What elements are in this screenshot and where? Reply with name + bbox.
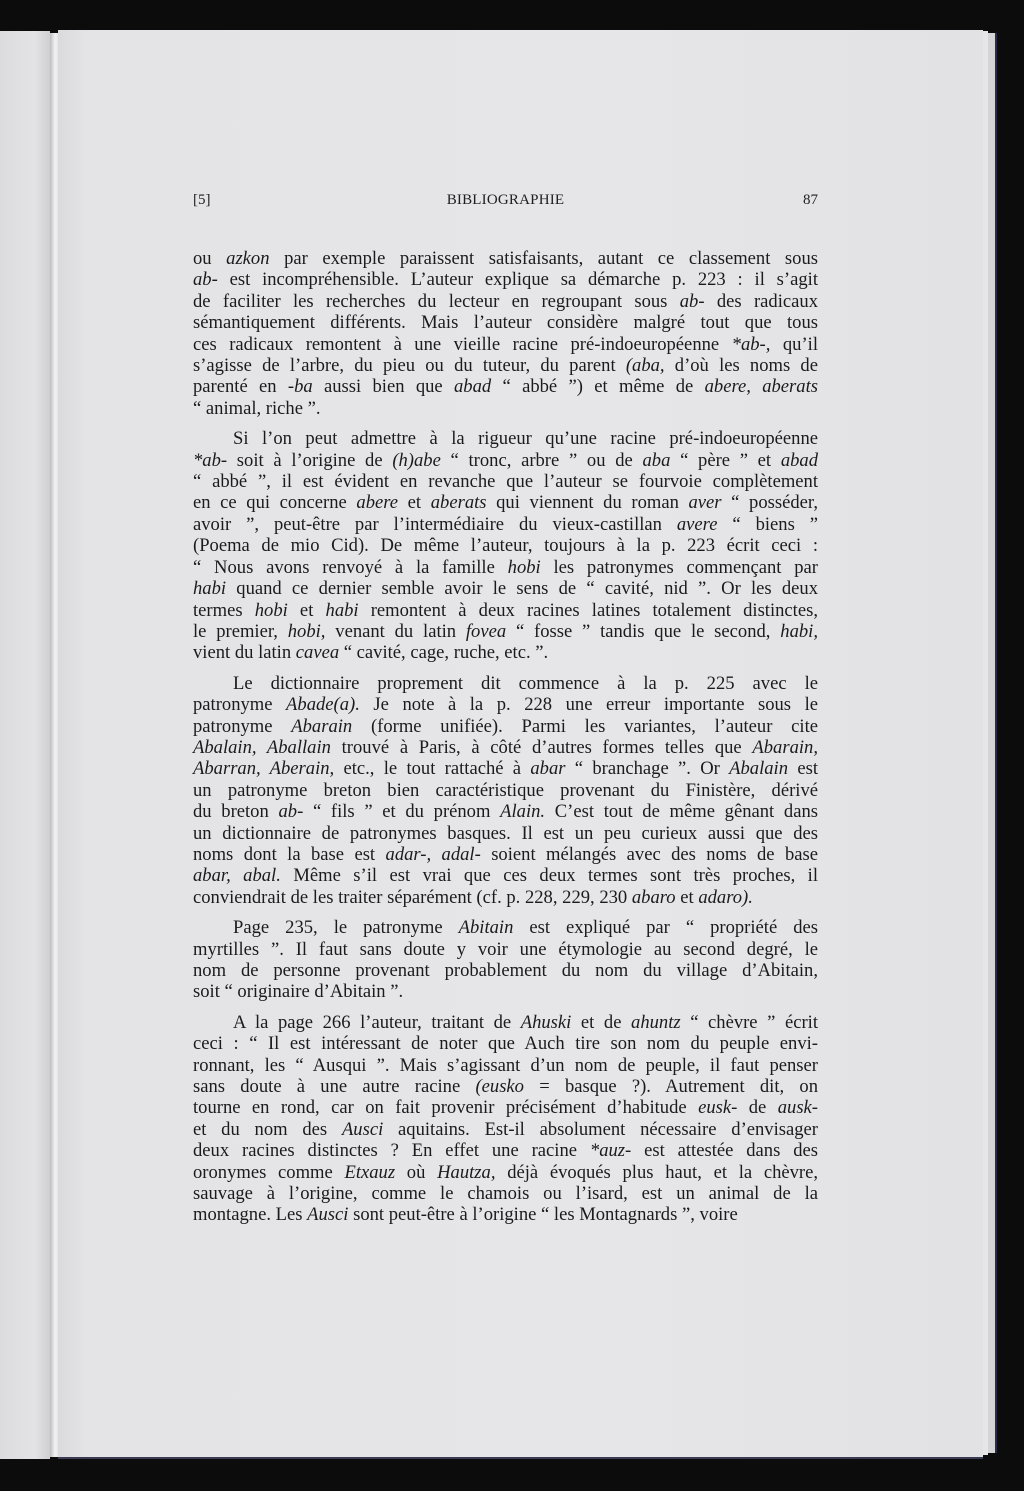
text-line: tourne en rond, car on fait provenir pré… xyxy=(193,1097,818,1118)
text-line: du breton ab- “ fils ” et du prénom Alai… xyxy=(193,801,818,822)
text-line: Abalain, Aballain trouvé à Paris, à côté… xyxy=(193,737,818,758)
text-line: patronyme Abade(a). Je note à la p. 228 … xyxy=(193,694,818,715)
left-page-edge xyxy=(0,31,50,1459)
text-line: avoir ”, peut-être par l’intermédiaire d… xyxy=(193,514,818,535)
text-line: “ abbé ”, il est évident en revanche que… xyxy=(193,471,818,492)
text-line: (Poema de mio Cid). De même l’auteur, to… xyxy=(193,535,818,556)
text-line: termes hobi et habi remontent à deux rac… xyxy=(193,600,818,621)
text-line: et du nom des Ausci aquitains. Est-il ab… xyxy=(193,1119,818,1140)
text-line: en ce qui concerne abere et aberats qui … xyxy=(193,492,818,513)
paragraph: A la page 266 l’auteur, traitant de Ahus… xyxy=(193,1012,818,1226)
text-line: montagne. Les Ausci sont peut-être à l’o… xyxy=(193,1204,818,1225)
paragraph: Page 235, le patronyme Abitain est expli… xyxy=(193,917,818,1003)
text-line: nom de personne provenant probablement d… xyxy=(193,960,818,981)
text-line: deux racines distinctes ? En effet une r… xyxy=(193,1140,818,1161)
body-text: ou azkon par exemple paraissent satisfai… xyxy=(193,248,818,1226)
text-line: le premier, hobi, venant du latin fovea … xyxy=(193,621,818,642)
paragraph: Le dictionnaire proprement dit commence … xyxy=(193,673,818,908)
text-line: de faciliter les recherches du lecteur e… xyxy=(193,291,818,312)
text-line: ceci : “ Il est intéressant de noter que… xyxy=(193,1033,818,1054)
text-line: A la page 266 l’auteur, traitant de Ahus… xyxy=(193,1012,818,1033)
text-line: habi quand ce dernier semble avoir le se… xyxy=(193,578,818,599)
text-line: “ animal, riche ”. xyxy=(193,398,818,419)
text-line: ces radicaux remontent à une vieille rac… xyxy=(193,334,818,355)
text-line: ab- est incompréhensible. L’auteur expli… xyxy=(193,269,818,290)
paragraph: Si l’on peut admettre à la rigueur qu’un… xyxy=(193,428,818,663)
text-line: abar, abal. Même s’il est vrai que ces d… xyxy=(193,865,818,886)
text-line: s’agisse de l’arbre, du pieu ou du tuteu… xyxy=(193,355,818,376)
text-line: sans doute à une autre racine (eusko = b… xyxy=(193,1076,818,1097)
text-line: myrtilles ”. Il faut sans doute y voir u… xyxy=(193,939,818,960)
text-line: patronyme Abarain (forme unifiée). Parmi… xyxy=(193,716,818,737)
running-title: BIBLIOGRAPHIE xyxy=(193,192,818,209)
text-line: un dictionnaire de patronymes basques. I… xyxy=(193,823,818,844)
text-line: “ Nous avons renvoyé à la famille hobi l… xyxy=(193,557,818,578)
text-line: parenté en -ba aussi bien que abad “ abb… xyxy=(193,376,818,397)
text-line: vient du latin cavea “ cavité, cage, ruc… xyxy=(193,642,818,663)
text-line: Page 235, le patronyme Abitain est expli… xyxy=(193,917,818,938)
text-line: noms dont la base est adar-, adal- soien… xyxy=(193,844,818,865)
running-header: [5] BIBLIOGRAPHIE 87 xyxy=(193,192,818,212)
text-line: sauvage à l’origine, comme le chamois ou… xyxy=(193,1183,818,1204)
text-line: soit “ originaire d’Abitain ”. xyxy=(193,981,818,1002)
text-line: ronnant, les “ Ausqui ”. Mais s’agissant… xyxy=(193,1055,818,1076)
text-line: ou azkon par exemple paraissent satisfai… xyxy=(193,248,818,269)
text-line: Le dictionnaire proprement dit commence … xyxy=(193,673,818,694)
text-line: Si l’on peut admettre à la rigueur qu’un… xyxy=(193,428,818,449)
text-line: un patronyme breton bien caractéristique… xyxy=(193,780,818,801)
paragraph: ou azkon par exemple paraissent satisfai… xyxy=(193,248,818,419)
text-line: sémantiquement différents. Mais l’auteur… xyxy=(193,312,818,333)
text-line: *ab- soit à l’origine de (h)abe “ tronc,… xyxy=(193,450,818,471)
text-line: oronymes comme Etxauz où Hautza, déjà év… xyxy=(193,1162,818,1183)
text-line: conviendrait de les traiter séparément (… xyxy=(193,887,818,908)
text-line: Abarran, Aberain, etc., le tout rattaché… xyxy=(193,758,818,779)
page-number: 87 xyxy=(803,192,818,209)
